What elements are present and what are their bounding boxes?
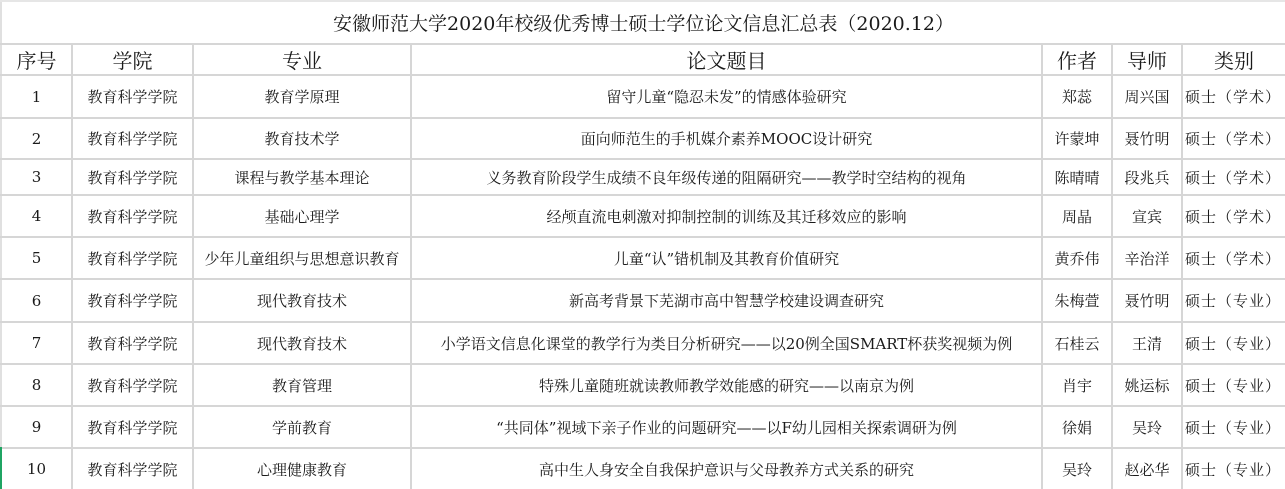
cell-category[interactable]: 硕士（专业）: [1182, 364, 1285, 406]
cell-author[interactable]: 朱梅萱: [1042, 279, 1112, 322]
header-college[interactable]: 学院: [72, 44, 193, 75]
cell-advisor[interactable]: 吴玲: [1112, 406, 1182, 448]
cell-college[interactable]: 教育科学学院: [72, 75, 193, 118]
cell-major[interactable]: 现代教育技术: [193, 279, 411, 322]
table-row: 6 教育科学学院 现代教育技术 新高考背景下芜湖市高中智慧学校建设调查研究 朱梅…: [1, 279, 1285, 322]
cell-advisor[interactable]: 聂竹明: [1112, 279, 1182, 322]
cell-category[interactable]: 硕士（专业）: [1182, 406, 1285, 448]
cell-thesis[interactable]: “共同体”视域下亲子作业的问题研究——以F幼儿园相关探索调研为例: [411, 406, 1042, 448]
cell-advisor[interactable]: 周兴国: [1112, 75, 1182, 118]
cell-advisor[interactable]: 赵必华: [1112, 448, 1182, 489]
header-thesis[interactable]: 论文题目: [411, 44, 1042, 75]
cell-author[interactable]: 肖宇: [1042, 364, 1112, 406]
cell-college[interactable]: 教育科学学院: [72, 448, 193, 489]
table-row: 7 教育科学学院 现代教育技术 小学语文信息化课堂的教学行为类目分析研究——以2…: [1, 322, 1285, 364]
table-row: 10 教育科学学院 心理健康教育 高中生人身安全自我保护意识与父母教养方式关系的…: [1, 448, 1285, 489]
table-row: 9 教育科学学院 学前教育 “共同体”视域下亲子作业的问题研究——以F幼儿园相关…: [1, 406, 1285, 448]
cell-author[interactable]: 陈晴晴: [1042, 159, 1112, 195]
cell-no[interactable]: 2: [1, 118, 72, 159]
cell-thesis[interactable]: 儿童“认”错机制及其教育价值研究: [411, 237, 1042, 279]
cell-author[interactable]: 郑蕊: [1042, 75, 1112, 118]
cell-no[interactable]: 8: [1, 364, 72, 406]
cell-category[interactable]: 硕士（专业）: [1182, 322, 1285, 364]
cell-thesis[interactable]: 小学语文信息化课堂的教学行为类目分析研究——以20例全国SMART杯获奖视频为例: [411, 322, 1042, 364]
cell-major[interactable]: 心理健康教育: [193, 448, 411, 489]
cell-category[interactable]: 硕士（学术）: [1182, 118, 1285, 159]
cell-no[interactable]: 9: [1, 406, 72, 448]
cell-major[interactable]: 学前教育: [193, 406, 411, 448]
cell-thesis[interactable]: 留守儿童“隐忍未发”的情感体验研究: [411, 75, 1042, 118]
table-row: 4 教育科学学院 基础心理学 经颅直流电刺激对抑制控制的训练及其迁移效应的影响 …: [1, 195, 1285, 237]
cell-category[interactable]: 硕士（专业）: [1182, 279, 1285, 322]
cell-major[interactable]: 教育技术学: [193, 118, 411, 159]
cell-college[interactable]: 教育科学学院: [72, 237, 193, 279]
cell-major[interactable]: 现代教育技术: [193, 322, 411, 364]
cell-college[interactable]: 教育科学学院: [72, 279, 193, 322]
cell-thesis[interactable]: 经颅直流电刺激对抑制控制的训练及其迁移效应的影响: [411, 195, 1042, 237]
cell-no[interactable]: 3: [1, 159, 72, 195]
spreadsheet: 安徽师范大学2020年校级优秀博士硕士学位论文信息汇总表（2020.12） 序号…: [0, 0, 1285, 489]
cell-category[interactable]: 硕士（专业）: [1182, 448, 1285, 489]
cell-no[interactable]: 10: [1, 448, 72, 489]
table-row: 2 教育科学学院 教育技术学 面向师范生的手机媒介素养MOOC设计研究 许蒙坤 …: [1, 118, 1285, 159]
table-row: 1 教育科学学院 教育学原理 留守儿童“隐忍未发”的情感体验研究 郑蕊 周兴国 …: [1, 75, 1285, 118]
cell-college[interactable]: 教育科学学院: [72, 322, 193, 364]
cell-author[interactable]: 许蒙坤: [1042, 118, 1112, 159]
cell-advisor[interactable]: 宣宾: [1112, 195, 1182, 237]
cell-thesis[interactable]: 高中生人身安全自我保护意识与父母教养方式关系的研究: [411, 448, 1042, 489]
active-row-indicator: [0, 447, 2, 489]
cell-no[interactable]: 7: [1, 322, 72, 364]
title-row: 安徽师范大学2020年校级优秀博士硕士学位论文信息汇总表（2020.12）: [1, 1, 1285, 44]
cell-major[interactable]: 少年儿童组织与思想意识教育: [193, 237, 411, 279]
cell-no[interactable]: 1: [1, 75, 72, 118]
cell-thesis[interactable]: 特殊儿童随班就读教师教学效能感的研究——以南京为例: [411, 364, 1042, 406]
cell-author[interactable]: 徐娟: [1042, 406, 1112, 448]
cell-category[interactable]: 硕士（学术）: [1182, 159, 1285, 195]
cell-thesis[interactable]: 义务教育阶段学生成绩不良年级传递的阻隔研究——教学时空结构的视角: [411, 159, 1042, 195]
table-title[interactable]: 安徽师范大学2020年校级优秀博士硕士学位论文信息汇总表（2020.12）: [1, 1, 1285, 44]
table-row: 5 教育科学学院 少年儿童组织与思想意识教育 儿童“认”错机制及其教育价值研究 …: [1, 237, 1285, 279]
header-no[interactable]: 序号: [1, 44, 72, 75]
cell-college[interactable]: 教育科学学院: [72, 364, 193, 406]
header-category[interactable]: 类别: [1182, 44, 1285, 75]
cell-author[interactable]: 石桂云: [1042, 322, 1112, 364]
cell-category[interactable]: 硕士（学术）: [1182, 237, 1285, 279]
cell-category[interactable]: 硕士（学术）: [1182, 75, 1285, 118]
cell-advisor[interactable]: 辛治洋: [1112, 237, 1182, 279]
cell-major[interactable]: 教育学原理: [193, 75, 411, 118]
header-advisor[interactable]: 导师: [1112, 44, 1182, 75]
cell-major[interactable]: 教育管理: [193, 364, 411, 406]
cell-advisor[interactable]: 王清: [1112, 322, 1182, 364]
cell-college[interactable]: 教育科学学院: [72, 195, 193, 237]
table-row: 8 教育科学学院 教育管理 特殊儿童随班就读教师教学效能感的研究——以南京为例 …: [1, 364, 1285, 406]
cell-major[interactable]: 课程与教学基本理论: [193, 159, 411, 195]
cell-no[interactable]: 5: [1, 237, 72, 279]
cell-advisor[interactable]: 段兆兵: [1112, 159, 1182, 195]
header-author[interactable]: 作者: [1042, 44, 1112, 75]
cell-major[interactable]: 基础心理学: [193, 195, 411, 237]
cell-thesis[interactable]: 面向师范生的手机媒介素养MOOC设计研究: [411, 118, 1042, 159]
cell-author[interactable]: 吴玲: [1042, 448, 1112, 489]
cell-thesis[interactable]: 新高考背景下芜湖市高中智慧学校建设调查研究: [411, 279, 1042, 322]
header-major[interactable]: 专业: [193, 44, 411, 75]
table-row: 3 教育科学学院 课程与教学基本理论 义务教育阶段学生成绩不良年级传递的阻隔研究…: [1, 159, 1285, 195]
cell-college[interactable]: 教育科学学院: [72, 159, 193, 195]
cell-no[interactable]: 6: [1, 279, 72, 322]
cell-advisor[interactable]: 聂竹明: [1112, 118, 1182, 159]
cell-author[interactable]: 黄乔伟: [1042, 237, 1112, 279]
cell-advisor[interactable]: 姚运标: [1112, 364, 1182, 406]
header-row: 序号 学院 专业 论文题目 作者 导师 类别: [1, 44, 1285, 75]
cell-no[interactable]: 4: [1, 195, 72, 237]
cell-author[interactable]: 周晶: [1042, 195, 1112, 237]
cell-college[interactable]: 教育科学学院: [72, 406, 193, 448]
cell-category[interactable]: 硕士（学术）: [1182, 195, 1285, 237]
cell-college[interactable]: 教育科学学院: [72, 118, 193, 159]
thesis-summary-table: 安徽师范大学2020年校级优秀博士硕士学位论文信息汇总表（2020.12） 序号…: [0, 0, 1285, 489]
